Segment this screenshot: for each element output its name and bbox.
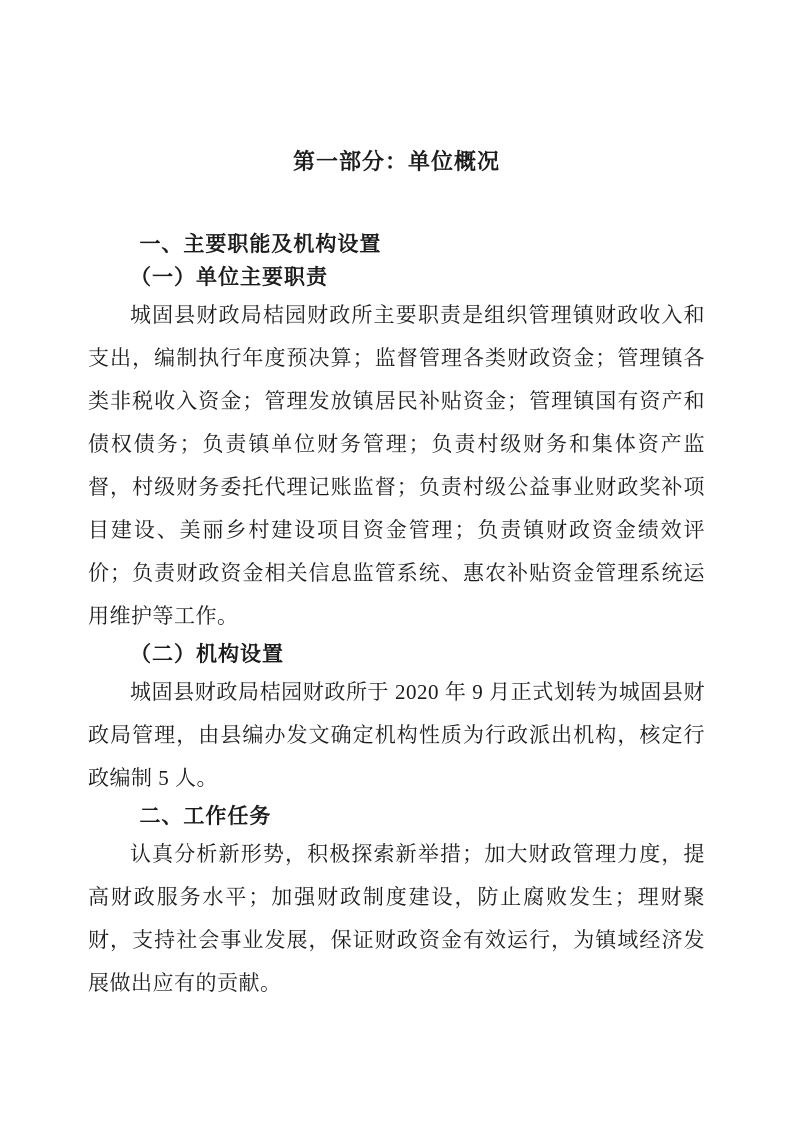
document-page: 第一部分：单位概况 一、主要职能及机构设置 （一）单位主要职责 城固县财政局桔园… bbox=[0, 0, 793, 1122]
subsection-1-2-paragraph: 城固县财政局桔园财政所于 2020 年 9 月正式划转为城固县财政局管理，由县编… bbox=[88, 671, 705, 800]
section-2-heading: 二、工作任务 bbox=[88, 800, 705, 833]
subsection-1-2-heading: （二）机构设置 bbox=[88, 638, 705, 671]
section-2-paragraph: 认真分析新形势，积极探索新举措；加大财政管理力度，提高财政服务水平；加强财政制度… bbox=[88, 833, 705, 1005]
subsection-1-1-heading: （一）单位主要职责 bbox=[88, 261, 705, 294]
section-1-heading: 一、主要职能及机构设置 bbox=[88, 228, 705, 261]
subsection-1-1-paragraph: 城固县财政局桔园财政所主要职责是组织管理镇财政收入和支出，编制执行年度预决算；监… bbox=[88, 294, 705, 638]
document-title: 第一部分：单位概况 bbox=[88, 145, 705, 178]
